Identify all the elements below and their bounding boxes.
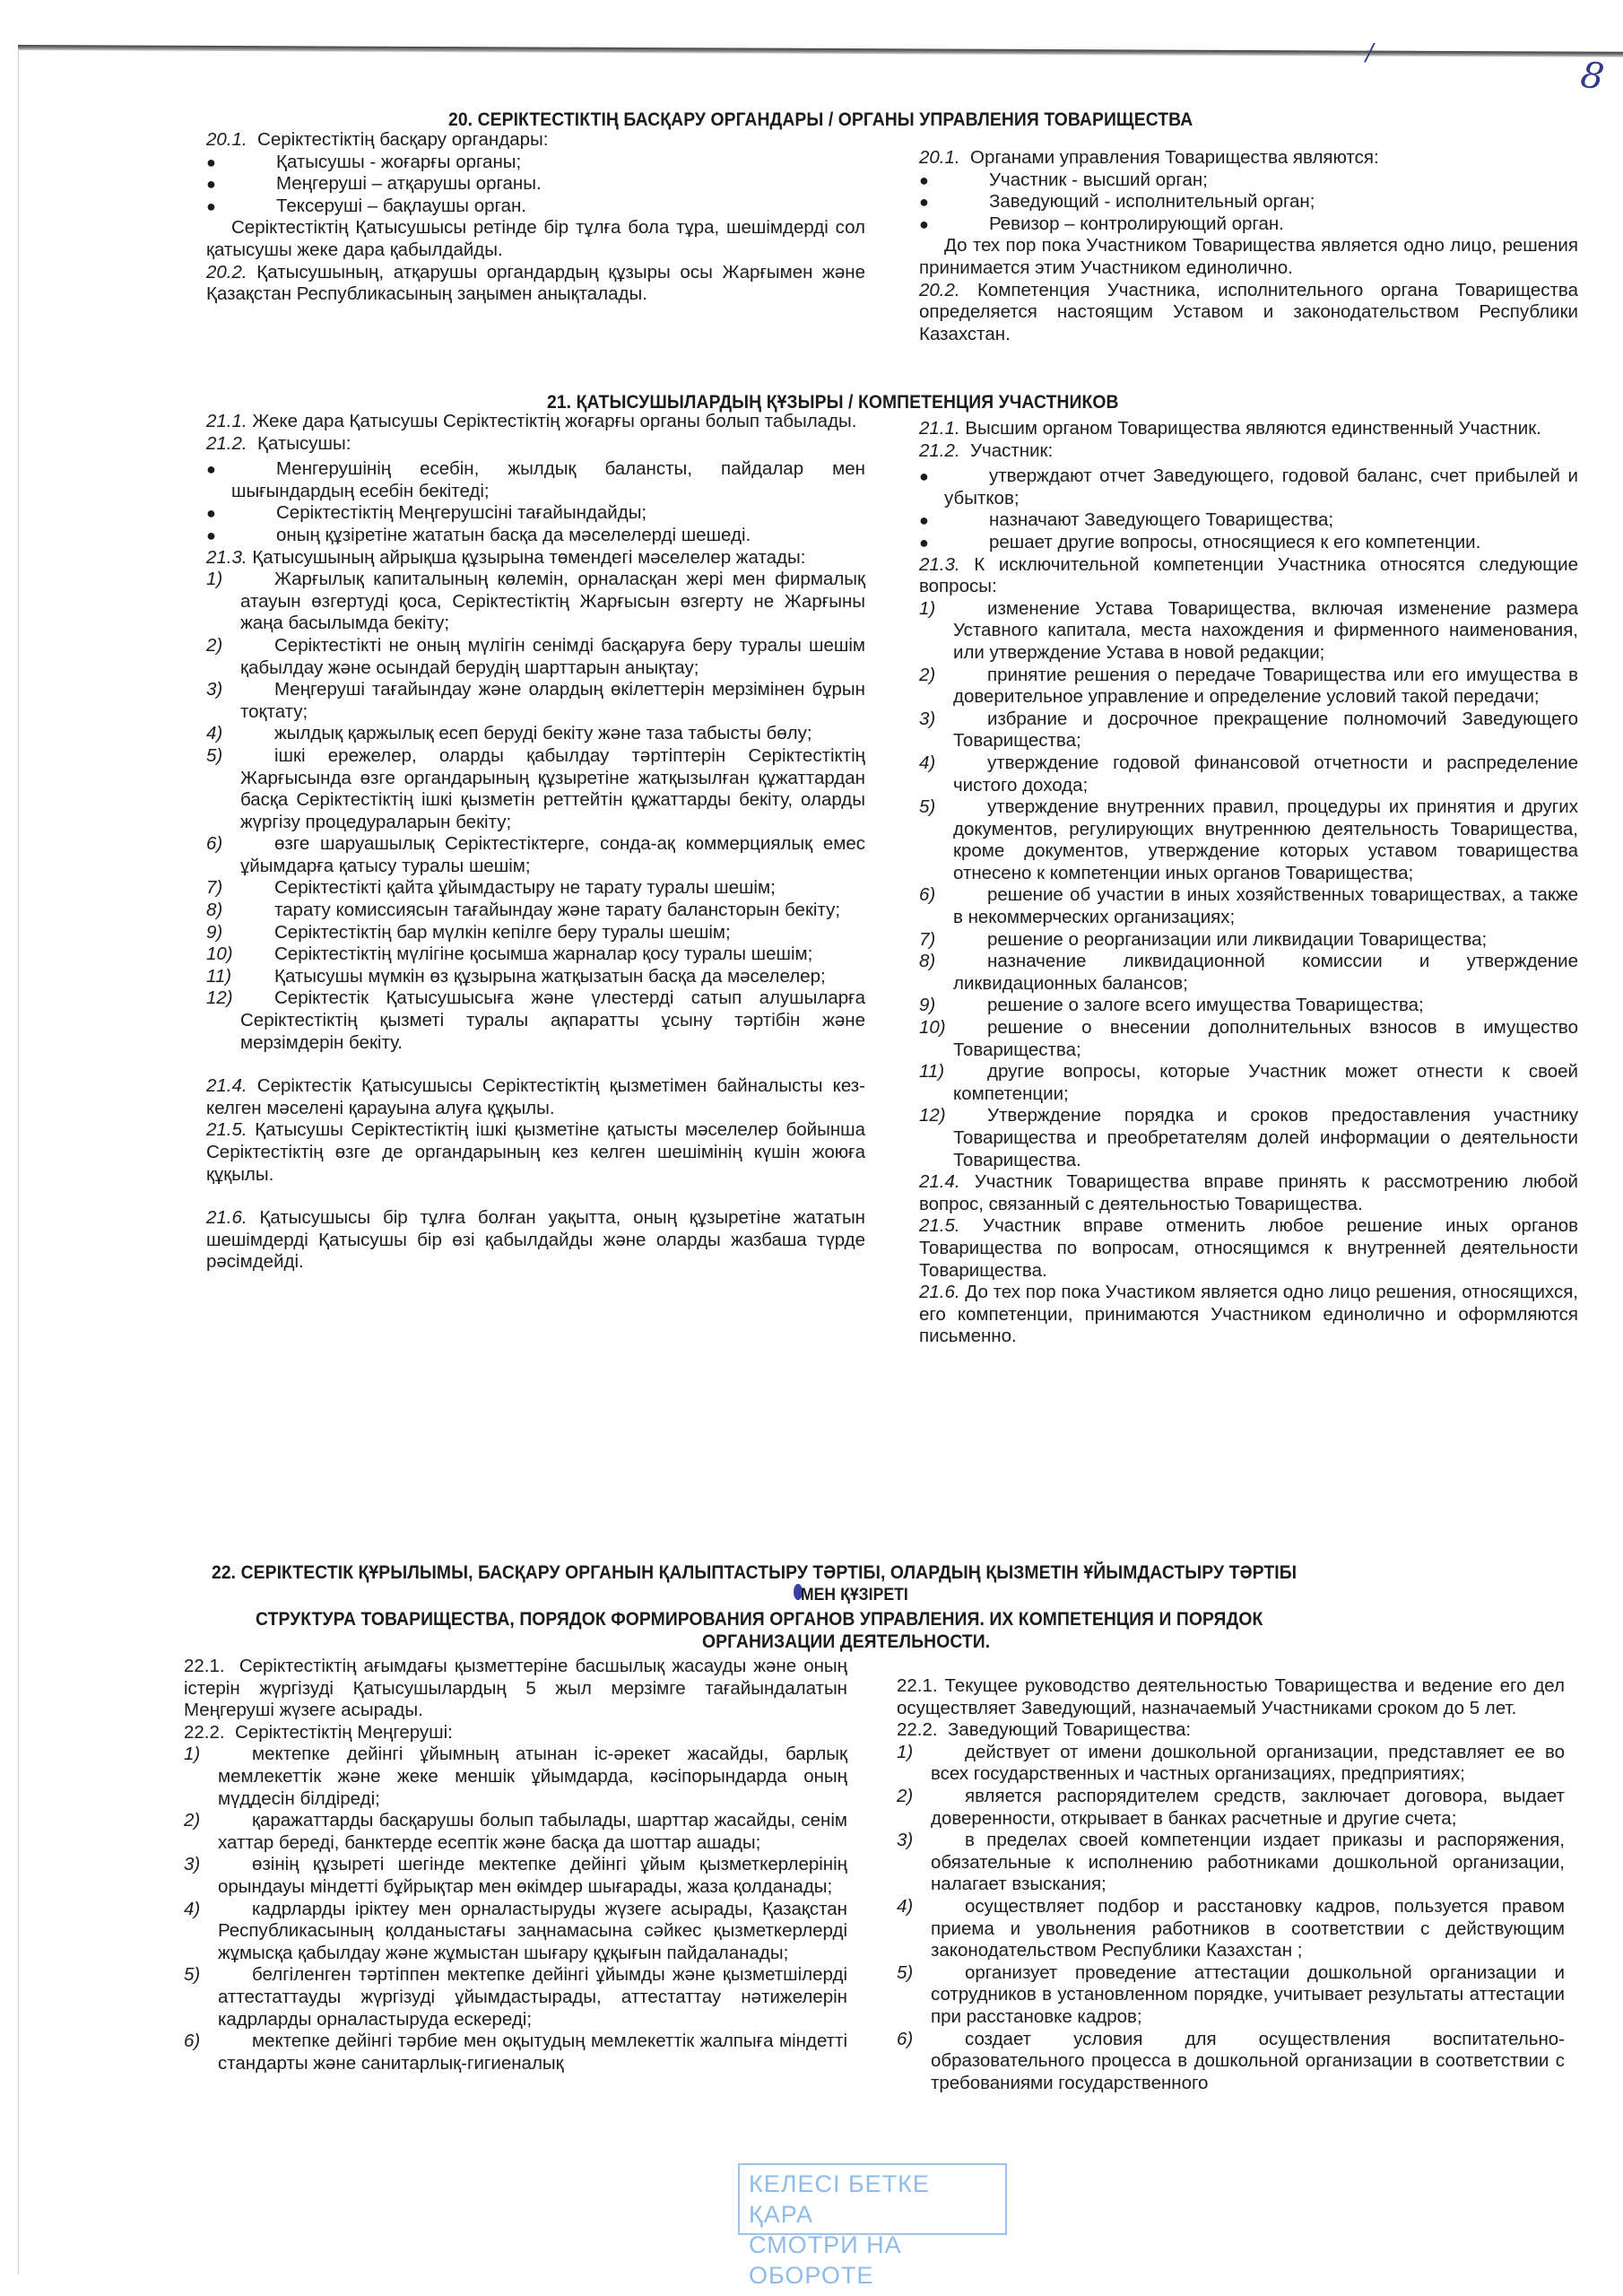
clause-21-3-items-ru: 1)изменение Устава Товарищества, включая… <box>919 598 1578 1171</box>
section-21-kz: 21.1. Жеке дара Қатысушы Серіктестіктің … <box>206 411 865 1274</box>
list-item: 1)Жарғылық капиталының көлемін, орналасқ… <box>206 569 865 635</box>
item-text: утверждение годовой финансовой отчетност… <box>919 752 1578 796</box>
clause-22-2-items-kz: 1)мектепке дейінгі ұйымның атынан іс-әре… <box>184 1744 847 2074</box>
section-20-ru: 20.1. Органами управления Товарищества я… <box>919 147 1578 345</box>
list-item: ●Меңгеруші – атқарушы органы. <box>206 173 865 196</box>
list-item: ●решает другие вопросы, относящиеся к ег… <box>919 532 1578 554</box>
section-20-kz: 20.1. Серіктестіктің басқару органдары: … <box>206 129 865 306</box>
list-item: 5)организует проведение аттестации дошко… <box>897 1962 1565 2029</box>
clause-21-3-items-kz: 1)Жарғылық капиталының көлемін, орналасқ… <box>206 569 865 1054</box>
section-22-kz: 22.1. Серіктестіктің ағымдағы қызметтері… <box>184 1656 847 2074</box>
item-text: другие вопросы, которые Участник может о… <box>919 1061 1578 1105</box>
item-text: назначение ликвидационной комиссии и утв… <box>919 951 1578 995</box>
list-item: 3)избрание и досрочное прекращение полно… <box>919 709 1578 752</box>
clause-22-1-kz: 22.1. Серіктестіктің ағымдағы қызметтері… <box>184 1656 847 1722</box>
item-text: белгіленген тәртіппен мектепке дейінгі ұ… <box>184 1964 847 2031</box>
clause-20-1-kz: 20.1. Серіктестіктің басқару органдары: <box>206 129 865 152</box>
list-item: 7)решение о реорганизации или ликвидации… <box>919 929 1578 952</box>
list-item: ●Ревизор – контролирующий орган. <box>919 213 1578 236</box>
item-text: принятие решения о передаче Товарищества… <box>919 665 1578 709</box>
item-text: Меңгеруші тағайындау және олардың өкілет… <box>206 679 865 723</box>
section-22-title-kz-cont: МЕН ҚҰЗІРЕТІ <box>801 1586 908 1605</box>
list-item: 3)Меңгеруші тағайындау және олардың өкіл… <box>206 679 865 723</box>
item-text: решение о залоге всего имущества Товарищ… <box>919 995 1578 1017</box>
list-item: 12)Серіктестік Қатысушысыға және үлестер… <box>206 987 865 1054</box>
clause-21-4-ru: 21.4. Участник Товарищества вправе приня… <box>919 1171 1578 1215</box>
item-text: кадрларды іріктеу мен орналастыруды жүзе… <box>184 1899 847 1965</box>
list-item: 4)осуществляет подбор и расстановку кадр… <box>897 1896 1565 1962</box>
list-item: 8)тарату комиссиясын тағайындау және тар… <box>206 900 865 922</box>
clause-21-6-kz: 21.6. Қатысушысы бір тұлға болған уақытт… <box>206 1207 865 1274</box>
list-item: ●назначают Заведующего Товарищества; <box>919 509 1578 532</box>
item-text: создает условия для осуществления воспит… <box>897 2029 1565 2095</box>
clause-22-2-ru: 22.2. Заведующий Товарищества: <box>897 1719 1565 1742</box>
list-item: 6)мектепке дейінгі тәрбие мен оқытудың м… <box>184 2031 847 2074</box>
note-ru: До тех пор пока Участником Товарищества … <box>919 235 1578 279</box>
item-text: өзінің құзыреті шегінде мектепке дейінгі… <box>184 1854 847 1898</box>
list-item: ●Тексеруші – бақлаушы орган. <box>206 196 865 218</box>
stamp-line-kz: КЕЛЕСІ БЕТКЕ ҚАРА <box>749 2169 996 2230</box>
item-text: решение о реорганизации или ликвидации Т… <box>919 929 1578 952</box>
pen-tick-mark: / <box>1366 39 1374 66</box>
list-item: ●Менгерушінің есебін, жылдық балансты, п… <box>206 458 865 502</box>
item-text: утверждение внутренних правил, процедуры… <box>919 796 1578 884</box>
clause-21-3-kz: 21.3. Қатысушының айрықша құзырына төмен… <box>206 547 865 570</box>
item-text: Серіктестіктің бар мүлкін кепілге беру т… <box>206 922 865 944</box>
list-item: 4)утверждение годовой финансовой отчетно… <box>919 752 1578 796</box>
clause-20-1-ru: 20.1. Органами управления Товарищества я… <box>919 147 1578 170</box>
item-text: осуществляет подбор и расстановку кадров… <box>897 1896 1565 1962</box>
item-text: Жарғылық капиталының көлемін, орналасқан… <box>206 569 865 635</box>
list-item: 5)белгіленген тәртіппен мектепке дейінгі… <box>184 1964 847 2031</box>
list-item: ●Заведующий - исполнительный орган; <box>919 191 1578 213</box>
clause-21-5-kz: 21.5. Қатысушы Серіктестіктің ішкі қызме… <box>206 1119 865 1186</box>
continuation-stamp: КЕЛЕСІ БЕТКЕ ҚАРА СМОТРИ НА ОБОРОТЕ <box>738 2163 1007 2235</box>
item-text: изменение Устава Товарищества, включая и… <box>919 598 1578 665</box>
section-22-ru: 22.1. Текущее руководство деятельностью … <box>897 1675 1565 2094</box>
list-item: 6)решение об участии в иных хозяйственны… <box>919 884 1578 928</box>
list-item: 9)Серіктестіктің бар мүлкін кепілге беру… <box>206 922 865 944</box>
clause-21-3-ru: 21.3. К исключительной компетенции Участ… <box>919 554 1578 598</box>
list-item: 1)действует от имени дошкольной организа… <box>897 1742 1565 1786</box>
list-item: ●Участник - высший орган; <box>919 170 1578 192</box>
clause-21-2-kz: 21.2. Қатысушы: <box>206 433 865 456</box>
item-text: жылдық қаржылық есеп беруді бекіту және … <box>206 723 865 745</box>
list-item: 11)другие вопросы, которые Участник може… <box>919 1061 1578 1105</box>
item-text: Серіктестік Қатысушысыға және үлестерді … <box>206 987 865 1054</box>
item-text: решение о внесении дополнительных взносо… <box>919 1017 1578 1061</box>
clause-22-1-ru: 22.1. Текущее руководство деятельностью … <box>897 1675 1565 1719</box>
list-item: 4)кадрларды іріктеу мен орналастыруды жү… <box>184 1899 847 1965</box>
item-text: ішкі ережелер, оларды қабылдау тәртіптер… <box>206 745 865 833</box>
list-item: 1)мектепке дейінгі ұйымның атынан іс-әре… <box>184 1744 847 1810</box>
list-item: ●утверждают отчет Заведующего, годовой б… <box>919 465 1578 509</box>
item-text: Серіктестіктің мүлігіне қосымша жарналар… <box>206 944 865 966</box>
list-item: 10)решение о внесении дополнительных взн… <box>919 1017 1578 1061</box>
item-text: является распорядителем средств, заключа… <box>897 1786 1565 1830</box>
list-item: 1)изменение Устава Товарищества, включая… <box>919 598 1578 665</box>
item-text: избрание и досрочное прекращение полномо… <box>919 709 1578 752</box>
list-item: 2)қаражаттарды басқарушы болып табылады,… <box>184 1810 847 1854</box>
item-text: өзге шаруашылық Серіктестіктерге, сонда-… <box>206 833 865 877</box>
list-item: 9)решение о залоге всего имущества Товар… <box>919 995 1578 1017</box>
item-text: в пределах своей компетенции издает прик… <box>897 1830 1565 1896</box>
item-text: Қатысушы мүмкін өз құзырына жатқызатын б… <box>206 966 865 988</box>
item-text: тарату комиссиясын тағайындау және тарат… <box>206 900 865 922</box>
list-item: ●оның құзіретіне жататын басқа да мәселе… <box>206 525 865 547</box>
list-item: 8)назначение ликвидационной комиссии и у… <box>919 951 1578 995</box>
item-text: мектепке дейінгі тәрбие мен оқытудың мем… <box>184 2031 847 2074</box>
item-text: Серіктестікті не оның мүлігін сенімді ба… <box>206 635 865 679</box>
item-text: Утверждение порядка и сроков предоставле… <box>919 1105 1578 1171</box>
list-item: 3)өзінің құзыреті шегінде мектепке дейін… <box>184 1854 847 1898</box>
list-item: 7)Серіктестікті қайта ұйымдастыру не тар… <box>206 877 865 900</box>
scan-margin-line <box>18 50 19 2274</box>
list-item: ●Қатысушы - жоғарғы органы; <box>206 152 865 174</box>
clause-22-2-items-ru: 1)действует от имени дошкольной организа… <box>897 1742 1565 2095</box>
item-text: Серіктестікті қайта ұйымдастыру не тарат… <box>206 877 865 900</box>
clause-21-6-ru: 21.6. До тех пор пока Участиком является… <box>919 1282 1578 1348</box>
clause-22-2-kz: 22.2. Серіктестіктің Меңгеруші: <box>184 1722 847 1744</box>
item-text: организует проведение аттестации дошколь… <box>897 1962 1565 2029</box>
clause-20-2-kz: 20.2. Қатысушының, атқарушы органдардың … <box>206 262 865 306</box>
list-item: 10)Серіктестіктің мүлігіне қосымша жарна… <box>206 944 865 966</box>
list-item: 3)в пределах своей компетенции издает пр… <box>897 1830 1565 1896</box>
section-22-title-ru: СТРУКТУРА ТОВАРИЩЕСТВА, ПОРЯДОК ФОРМИРОВ… <box>256 1609 1263 1631</box>
list-item: ●Серіктестіктің Меңгерушсіні тағайындайд… <box>206 502 865 525</box>
section-22-title-ru-cont: ОРГАНИЗАЦИИ ДЕЯТЕЛЬНОСТИ. <box>702 1631 990 1653</box>
list-item: 2)Серіктестікті не оның мүлігін сенімді … <box>206 635 865 679</box>
list-item: 5)ішкі ережелер, оларды қабылдау тәртіпт… <box>206 745 865 833</box>
list-item: 12)Утверждение порядка и сроков предоста… <box>919 1105 1578 1171</box>
list-item: 5)утверждение внутренних правил, процеду… <box>919 796 1578 884</box>
item-text: действует от имени дошкольной организаци… <box>897 1742 1565 1786</box>
list-item: 6)создает условия для осуществления восп… <box>897 2029 1565 2095</box>
section-20-title: 20. СЕРІКТЕСТІКТІҢ БАСҚАРУ ОРГАНДАРЫ / О… <box>448 109 1193 131</box>
clause-21-4-kz: 21.4. Серіктестік Қатысушысы Серіктестік… <box>206 1075 865 1119</box>
handwritten-page-number: 8 <box>1577 54 1606 98</box>
note-kz: Серіктестіктің Қатысушысы ретінде бір тұ… <box>206 217 865 261</box>
list-item: 11)Қатысушы мүмкін өз құзырына жатқызаты… <box>206 966 865 988</box>
item-text: мектепке дейінгі ұйымның атынан іс-әреке… <box>184 1744 847 1810</box>
section-21-ru: 21.1. Высшим органом Товарищества являют… <box>919 418 1578 1348</box>
scan-edge <box>18 45 1623 57</box>
stamp-line-ru: СМОТРИ НА ОБОРОТЕ <box>749 2230 996 2291</box>
item-text: решение об участии в иных хозяйственных … <box>919 884 1578 928</box>
clause-21-1-ru: 21.1. Высшим органом Товарищества являют… <box>919 418 1578 440</box>
clause-21-2-ru: 21.2. Участник: <box>919 440 1578 463</box>
list-item: 2)является распорядителем средств, заклю… <box>897 1786 1565 1830</box>
clause-21-5-ru: 21.5. Участник вправе отменить любое реш… <box>919 1215 1578 1282</box>
item-text: қаражаттарды басқарушы болып табылады, ш… <box>184 1810 847 1854</box>
section-22-title-kz: 22. СЕРІКТЕСТІК ҚҰРЫЛЫМЫ, БАСҚАРУ ОРГАНЫ… <box>212 1562 1297 1584</box>
list-item: 2)принятие решения о передаче Товарищест… <box>919 665 1578 709</box>
clause-21-1-kz: 21.1. Жеке дара Қатысушы Серіктестіктің … <box>206 411 865 433</box>
clause-20-2-ru: 20.2. Компетенция Участника, исполнитель… <box>919 280 1578 346</box>
list-item: 6)өзге шаруашылық Серіктестіктерге, сонд… <box>206 833 865 877</box>
list-item: 4)жылдық қаржылық есеп беруді бекіту жән… <box>206 723 865 745</box>
